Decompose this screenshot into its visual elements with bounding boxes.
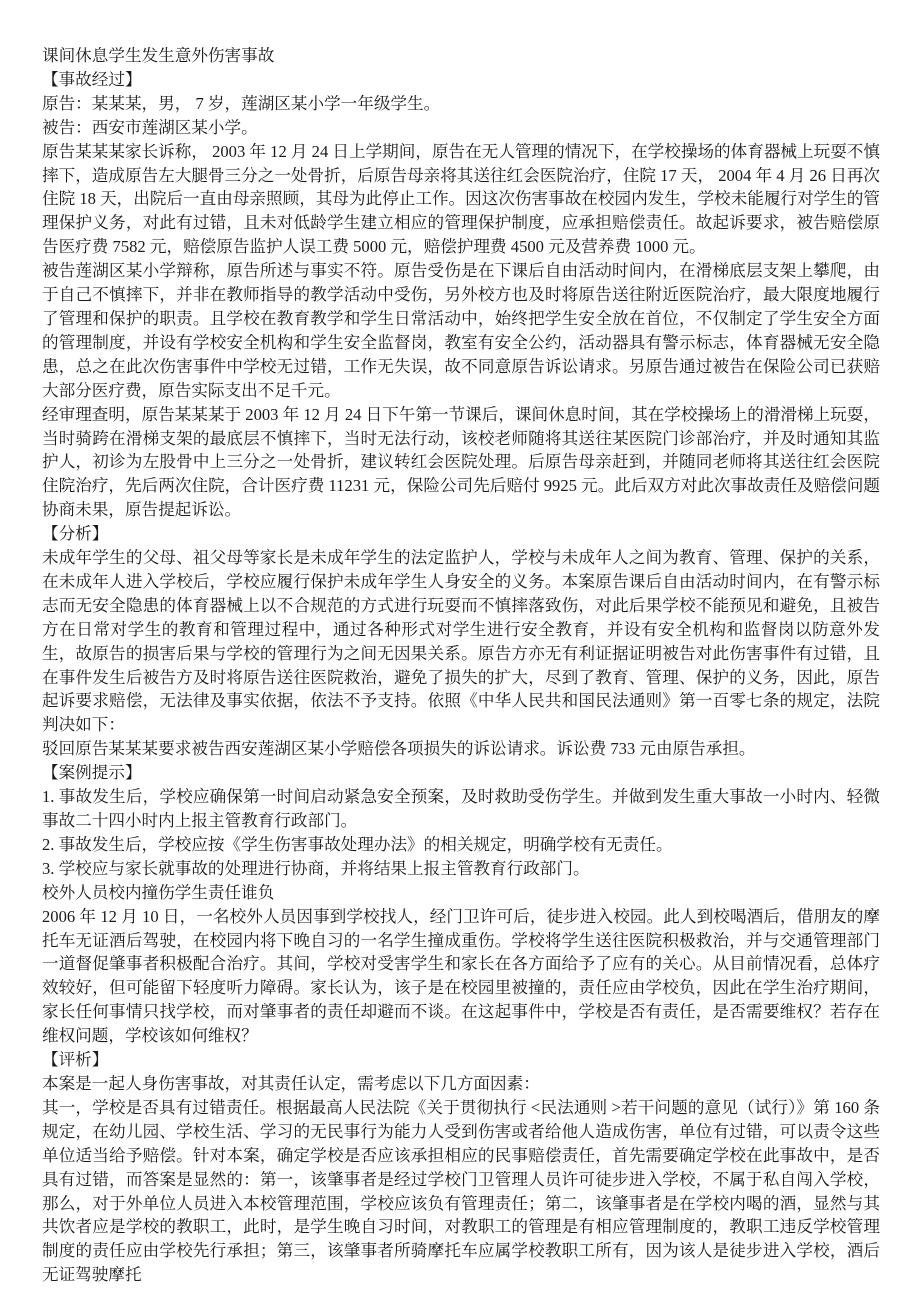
case1-title: 课间休息学生发生意外伤害事故 — [42, 44, 880, 68]
paragraph-plaintiff-info: 原告：某某某，男， 7 岁，莲湖区某小学一年级学生。 — [42, 92, 880, 116]
section-heading-accident: 【事故经过】 — [42, 68, 880, 92]
case2-title: 校外人员校内撞伤学生责任谁负 — [42, 881, 880, 905]
paragraph-defendant-reply: 被告莲湖区某小学辩称，原告所述与事实不符。原告受伤是在下课后自由活动时间内，在滑… — [42, 259, 880, 402]
paragraph-case2-facts: 2006 年 12 月 10 日，一名校外人员因事到学校找人，经门卫许可后，徒步… — [42, 905, 880, 1048]
paragraph-court-findings: 经审理查明，原告某某某于 2003 年 12 月 24 日下午第一节课后，课间休… — [42, 403, 880, 523]
paragraph-plaintiff-claim: 原告某某某家长诉称， 2003 年 12 月 24 日上学期间，原告在无人管理的… — [42, 140, 880, 260]
paragraph-defendant-info: 被告：西安市莲湖区某小学。 — [42, 116, 880, 140]
paragraph-tip-1: 1. 事故发生后，学校应确保第一时间启动紧急安全预案，及时救助受伤学生。并做到发… — [42, 785, 880, 833]
document-page: 课间休息学生发生意外伤害事故 【事故经过】 原告：某某某，男， 7 岁，莲湖区某… — [0, 0, 920, 1302]
section-heading-tips: 【案例提示】 — [42, 761, 880, 785]
paragraph-tip-3: 3. 学校应与家长就事故的处理进行协商，并将结果上报主管教育行政部门。 — [42, 857, 880, 881]
paragraph-analysis: 未成年学生的父母、祖父母等家长是未成年学生的法定监护人，学校与未成年人之间为教育… — [42, 546, 880, 737]
paragraph-judgment: 驳回原告某某某要求被告西安莲湖区某小学赔偿各项损失的诉讼请求。诉讼费 733 元… — [42, 737, 880, 761]
paragraph-review-intro: 本案是一起人身伤害事故，对其责任认定，需考虑以下几方面因素： — [42, 1072, 880, 1096]
paragraph-review-factor-1: 其一，学校是否具有过错责任。根据最高人民法院《关于贯彻执行 <民法通则 >若干问… — [42, 1096, 880, 1287]
section-heading-review: 【评析】 — [42, 1048, 880, 1072]
section-heading-analysis: 【分析】 — [42, 522, 880, 546]
paragraph-tip-2: 2. 事故发生后，学校应按《学生伤害事故处理办法》的相关规定，明确学校有无责任。 — [42, 833, 880, 857]
document-body: 课间休息学生发生意外伤害事故 【事故经过】 原告：某某某，男， 7 岁，莲湖区某… — [42, 44, 880, 1287]
